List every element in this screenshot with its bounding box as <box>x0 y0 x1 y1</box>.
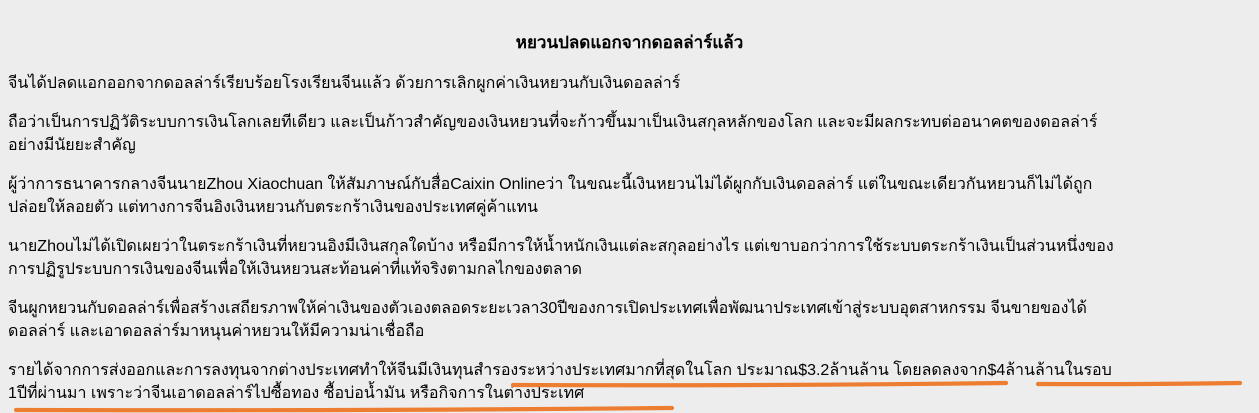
paragraph: ถือว่าเป็นการปฏิวัติระบบการเงินโลกเลยทีเ… <box>8 111 1245 157</box>
paragraph: นายZhouไม่ได้เปิดเผยว่าในตระกร้าเงินที่ห… <box>8 235 1245 281</box>
paragraph: จีนได้ปลดแอกออกจากดอลล่าร์เรียบร้อยโรงเร… <box>8 72 1245 95</box>
document-page: หยวนปลดแอกจากดอลล่าร์แล้ว จีนได้ปลดแอกออ… <box>0 0 1259 413</box>
paragraph-list: จีนได้ปลดแอกออกจากดอลล่าร์เรียบร้อยโรงเร… <box>8 72 1245 413</box>
paragraph: จีนผูกหยวนกับดอลล่าร์เพื่อสร้างเสถียรภาพ… <box>8 297 1245 343</box>
paragraph: รายได้จากการส่งออกและการลงทุนจากต่างประเ… <box>8 359 1245 405</box>
page-title: หยวนปลดแอกจากดอลล่าร์แล้ว <box>0 31 1259 55</box>
paragraph: ผู้ว่าการธนาคารกลางจีนนายZhou Xiaochuan … <box>8 173 1245 219</box>
